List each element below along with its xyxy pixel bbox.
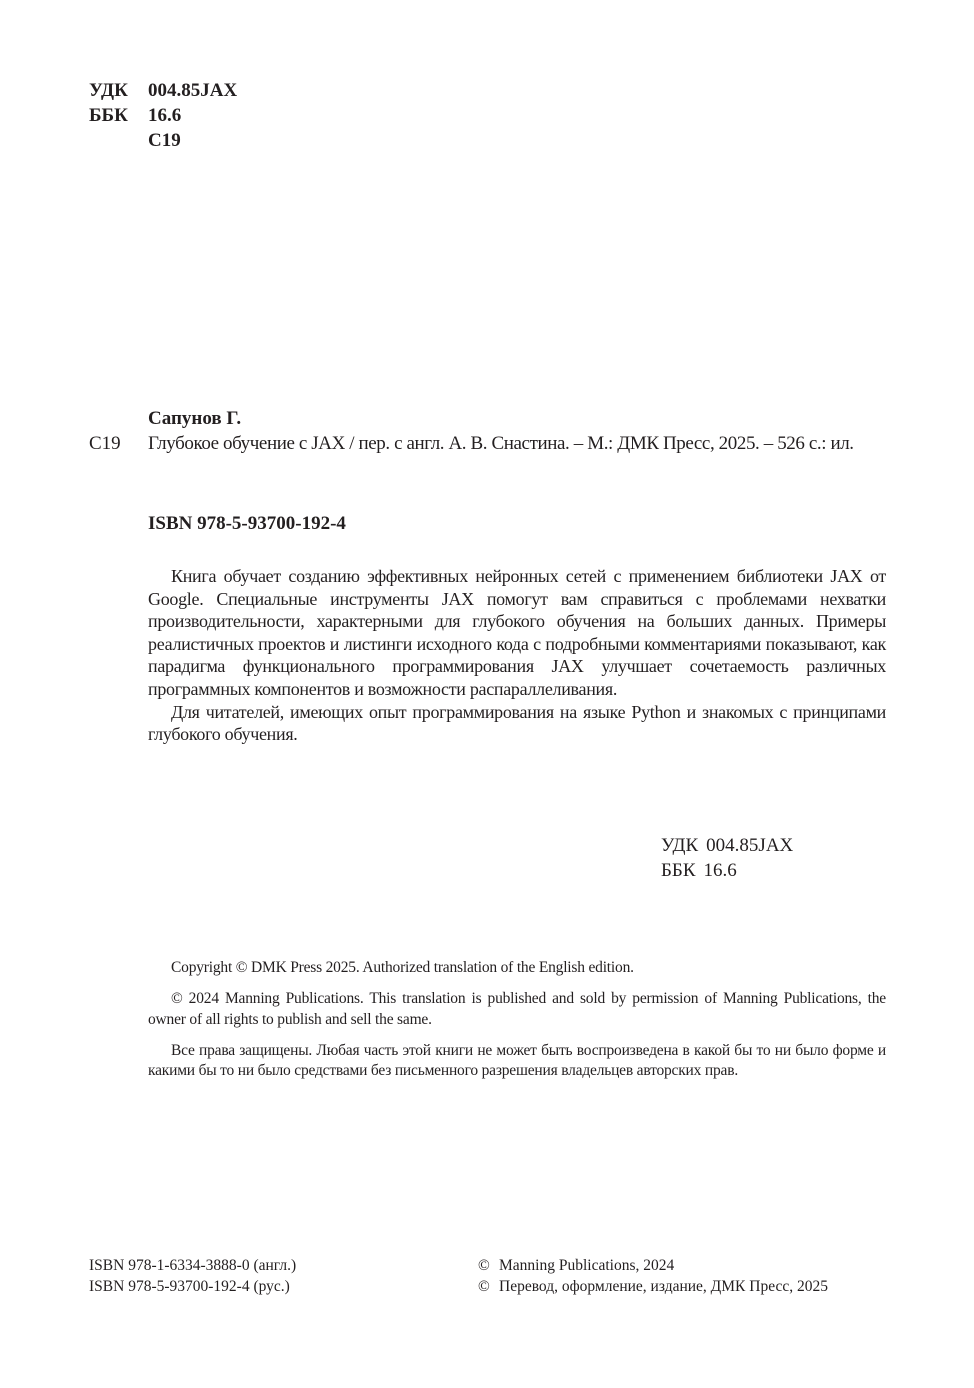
annotation-paragraph: Книга обучает созданию эффективных нейро… [148,565,886,701]
bbk-row: ББК 16.6 [661,858,793,883]
bbk-label: ББК [89,103,148,128]
copyright-icon: © [478,1255,499,1276]
bibliographic-description: Глубокое обучение с JAX / пер. с англ. А… [148,431,886,456]
bibliographic-entry: С19 Глубокое обучение с JAX / пер. с анг… [89,431,889,456]
author-mark: С19 [148,128,181,153]
copyright-text: Manning Publications, 2024 [499,1255,674,1276]
copyright-line: © Перевод, оформление, издание, ДМК Прес… [478,1276,828,1297]
copyright-line: © Manning Publications, 2024 [478,1255,828,1276]
udk-row: УДК 004.85JAX [89,78,237,103]
udk-row: УДК 004.85JAX [661,833,793,858]
top-classification-codes: УДК 004.85JAX ББК 16.6 С19 [89,78,237,153]
copyright-notices: Copyright © DMK Press 2025. Authorized t… [148,958,886,1092]
isbn-main: ISBN 978-5-93700-192-4 [148,511,346,536]
bbk-row: ББК 16.6 [89,103,237,128]
annotation-paragraph: Для читателей, имеющих опыт программиров… [148,701,886,746]
footer-isbns: ISBN 978-1-6334-3888-0 (англ.) ISBN 978-… [89,1255,296,1297]
author-mark-row: С19 [89,128,237,153]
udk-value: 004.85JAX [706,833,793,858]
udk-label: УДК [89,78,148,103]
copyright-text: Перевод, оформление, издание, ДМК Пресс,… [499,1276,828,1297]
rights-notice: Все права защищены. Любая часть этой кни… [148,1041,886,1082]
copyright-notice: © 2024 Manning Publications. This transl… [148,989,886,1030]
isbn-russian: ISBN 978-5-93700-192-4 (рус.) [89,1276,296,1297]
author-mark-code: С19 [89,431,148,456]
bbk-value: 16.6 [148,103,181,128]
right-classification-codes: УДК 004.85JAX ББК 16.6 [661,833,793,883]
footer-copyrights: © Manning Publications, 2024 © Перевод, … [478,1255,828,1297]
bbk-label: ББК [661,858,696,883]
bibliographic-record: Сапунов Г. С19 Глубокое обучение с JAX /… [89,406,889,456]
udk-value: 004.85JAX [148,78,237,103]
author-name: Сапунов Г. [148,406,889,431]
isbn-english: ISBN 978-1-6334-3888-0 (англ.) [89,1255,296,1276]
udk-label: УДК [661,833,698,858]
copyright-notice: Copyright © DMK Press 2025. Authorized t… [148,958,886,979]
copyright-icon: © [478,1276,499,1297]
bbk-value: 16.6 [704,858,737,883]
annotation: Книга обучает созданию эффективных нейро… [148,565,886,746]
